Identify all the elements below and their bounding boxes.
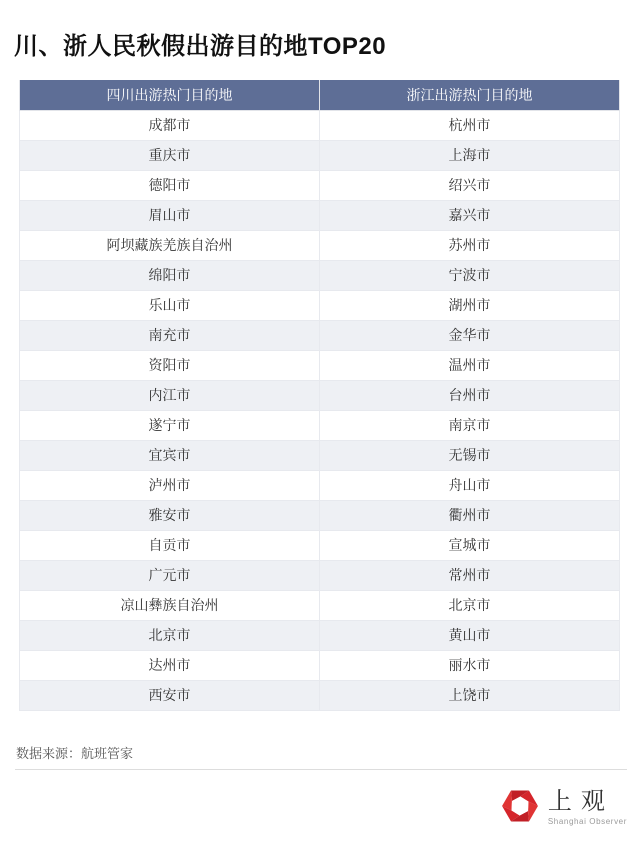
cell-sichuan-destination: 雅安市 [20, 500, 320, 530]
cell-zhejiang-destination: 湖州市 [320, 290, 620, 320]
table-row: 雅安市衢州市 [20, 500, 620, 530]
data-source-note: 数据来源：航班管家 [16, 743, 133, 762]
cell-sichuan-destination: 重庆市 [20, 140, 320, 170]
table-row: 达州市丽水市 [20, 650, 620, 680]
table-row: 南充市金华市 [20, 320, 620, 350]
table-row: 西安市上饶市 [20, 680, 620, 710]
cell-zhejiang-destination: 温州市 [320, 350, 620, 380]
table-row: 广元市常州市 [20, 560, 620, 590]
table-row: 重庆市上海市 [20, 140, 620, 170]
cell-zhejiang-destination: 上海市 [320, 140, 620, 170]
table-row: 成都市杭州市 [20, 110, 620, 140]
cell-sichuan-destination: 德阳市 [20, 170, 320, 200]
table-row: 泸州市舟山市 [20, 470, 620, 500]
table-row: 内江市台州市 [20, 380, 620, 410]
cell-sichuan-destination: 广元市 [20, 560, 320, 590]
cell-sichuan-destination: 南充市 [20, 320, 320, 350]
cell-zhejiang-destination: 上饶市 [320, 680, 620, 710]
table-row: 绵阳市宁波市 [20, 260, 620, 290]
cell-sichuan-destination: 资阳市 [20, 350, 320, 380]
footer-divider [15, 769, 627, 770]
cell-zhejiang-destination: 绍兴市 [320, 170, 620, 200]
table-row: 阿坝藏族羌族自治州苏州市 [20, 230, 620, 260]
aperture-hexagon-icon [501, 787, 539, 825]
table-row: 宜宾市无锡市 [20, 440, 620, 470]
cell-sichuan-destination: 绵阳市 [20, 260, 320, 290]
cell-zhejiang-destination: 丽水市 [320, 650, 620, 680]
cell-sichuan-destination: 内江市 [20, 380, 320, 410]
logo-en-text: Shanghai Observer [548, 817, 627, 826]
shanghai-observer-logo: 上观 Shanghai Observer [501, 787, 627, 826]
logo-cn-text: 上观 [548, 788, 627, 814]
table-row: 凉山彝族自治州北京市 [20, 590, 620, 620]
table-row: 德阳市绍兴市 [20, 170, 620, 200]
cell-zhejiang-destination: 金华市 [320, 320, 620, 350]
cell-sichuan-destination: 西安市 [20, 680, 320, 710]
cell-sichuan-destination: 北京市 [20, 620, 320, 650]
cell-sichuan-destination: 眉山市 [20, 200, 320, 230]
page-title: 川、浙人民秋假出游目的地TOP20 [14, 26, 386, 61]
cell-sichuan-destination: 宜宾市 [20, 440, 320, 470]
cell-sichuan-destination: 达州市 [20, 650, 320, 680]
cell-zhejiang-destination: 常州市 [320, 560, 620, 590]
cell-sichuan-destination: 泸州市 [20, 470, 320, 500]
logo-text-block: 上观 Shanghai Observer [548, 787, 627, 826]
cell-zhejiang-destination: 宁波市 [320, 260, 620, 290]
table-header: 四川出游热门目的地 浙江出游热门目的地 [20, 80, 620, 110]
table-row: 遂宁市南京市 [20, 410, 620, 440]
cell-zhejiang-destination: 宣城市 [320, 530, 620, 560]
cell-sichuan-destination: 阿坝藏族羌族自治州 [20, 230, 320, 260]
cell-zhejiang-destination: 无锡市 [320, 440, 620, 470]
cell-sichuan-destination: 遂宁市 [20, 410, 320, 440]
destinations-table: 四川出游热门目的地 浙江出游热门目的地 成都市杭州市重庆市上海市德阳市绍兴市眉山… [19, 80, 620, 711]
cell-zhejiang-destination: 舟山市 [320, 470, 620, 500]
cell-zhejiang-destination: 衢州市 [320, 500, 620, 530]
cell-sichuan-destination: 凉山彝族自治州 [20, 590, 320, 620]
table-row: 眉山市嘉兴市 [20, 200, 620, 230]
cell-zhejiang-destination: 嘉兴市 [320, 200, 620, 230]
column-header-zhejiang: 浙江出游热门目的地 [320, 80, 620, 110]
cell-sichuan-destination: 自贡市 [20, 530, 320, 560]
cell-zhejiang-destination: 北京市 [320, 590, 620, 620]
table-row: 北京市黄山市 [20, 620, 620, 650]
column-header-sichuan: 四川出游热门目的地 [20, 80, 320, 110]
cell-zhejiang-destination: 杭州市 [320, 110, 620, 140]
infographic-page: 川、浙人民秋假出游目的地TOP20 四川出游热门目的地 浙江出游热门目的地 成都… [0, 0, 640, 864]
table-row: 乐山市湖州市 [20, 290, 620, 320]
cell-zhejiang-destination: 苏州市 [320, 230, 620, 260]
table-row: 自贡市宣城市 [20, 530, 620, 560]
cell-zhejiang-destination: 台州市 [320, 380, 620, 410]
cell-zhejiang-destination: 黄山市 [320, 620, 620, 650]
table-body: 成都市杭州市重庆市上海市德阳市绍兴市眉山市嘉兴市阿坝藏族羌族自治州苏州市绵阳市宁… [20, 110, 620, 710]
cell-sichuan-destination: 成都市 [20, 110, 320, 140]
table-row: 资阳市温州市 [20, 350, 620, 380]
cell-zhejiang-destination: 南京市 [320, 410, 620, 440]
cell-sichuan-destination: 乐山市 [20, 290, 320, 320]
header-row: 四川出游热门目的地 浙江出游热门目的地 [20, 80, 620, 110]
